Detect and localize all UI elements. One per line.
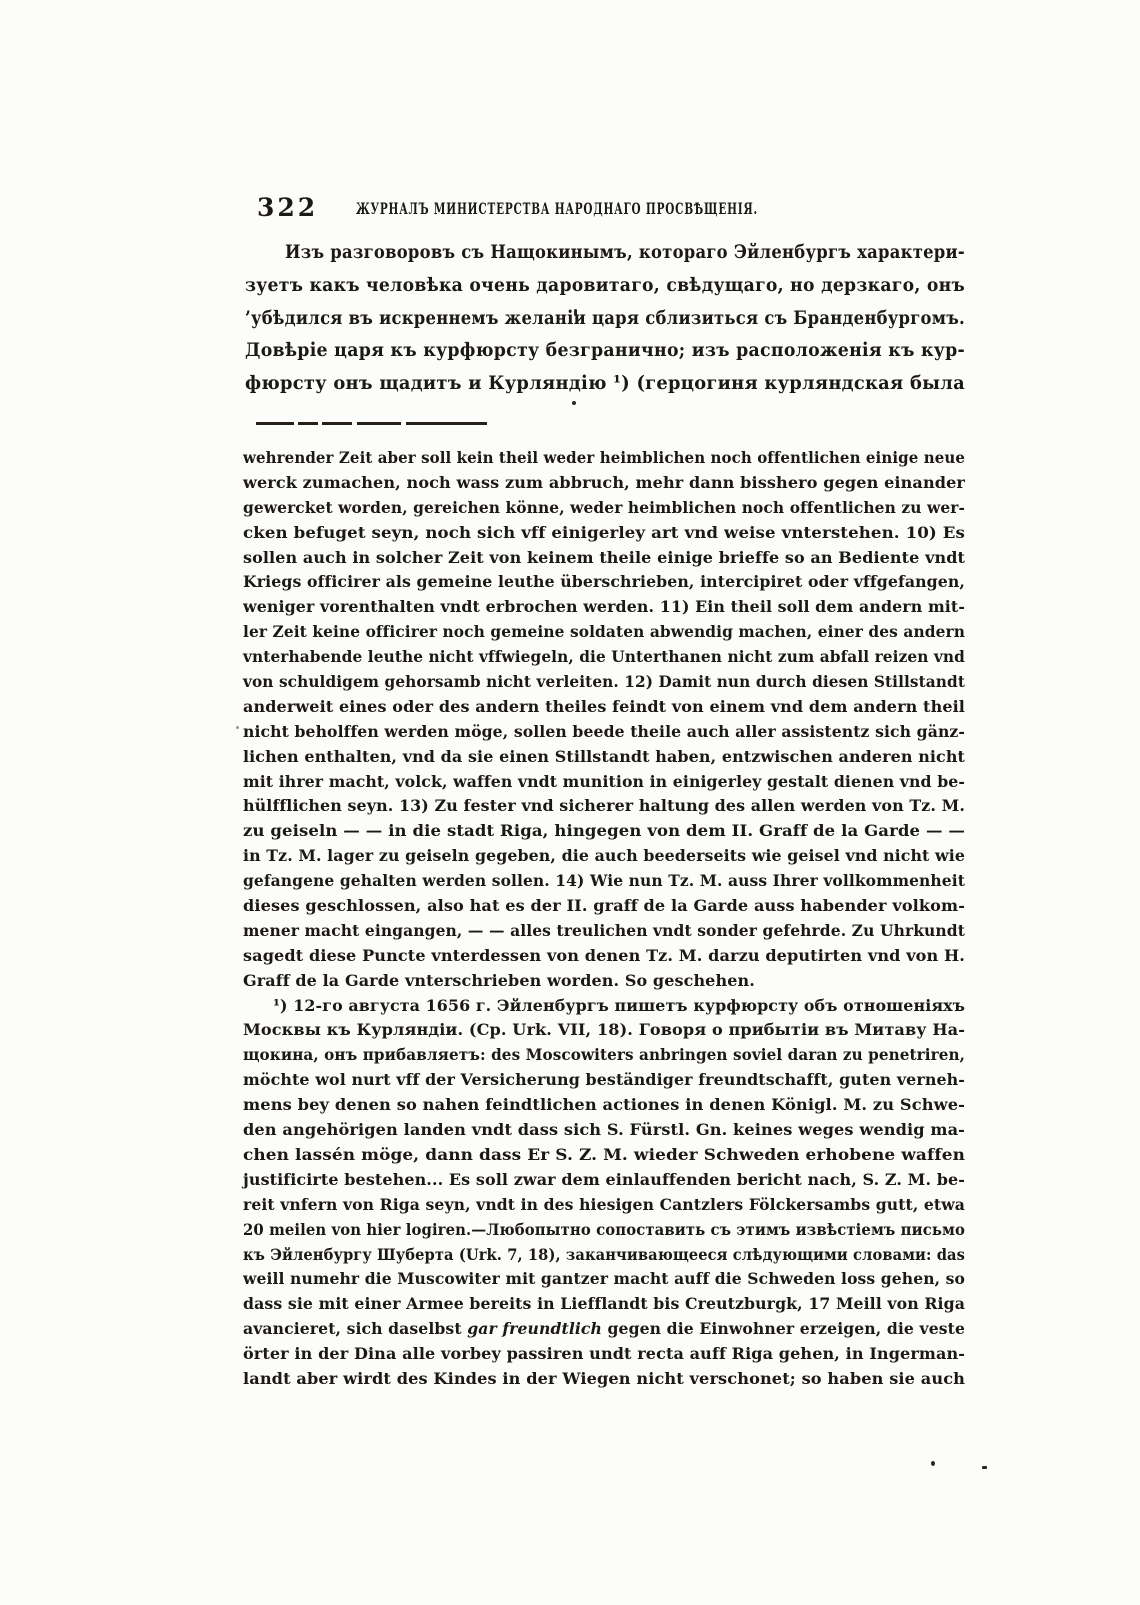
footnote-line-content: hülfflichen seyn. 13) Zu fester vnd sich… (243, 794, 965, 819)
footnote-line-content: cken befuget seyn, noch sich vff einiger… (243, 521, 965, 546)
main-text-line: Изъ разговоровъ съ Нащокинымъ, котораго … (245, 236, 965, 269)
footnote-line-content: dieses geschlossen, also hat es der II. … (243, 894, 965, 919)
footnote-line: hülfflichen seyn. 13) Zu fester vnd sich… (243, 794, 965, 819)
footnote-line-content: щокина, онъ прибавляетъ: des Moscowiters… (243, 1043, 965, 1068)
footnote-line-content: Kriegs officirer als gemeine leuthe über… (243, 570, 965, 595)
main-text-line-content: ’убѣдился въ искреннемъ желаніи царя сбл… (245, 302, 965, 335)
footnote-line-content: Graff de la Garde vnterschrieben worden.… (243, 969, 755, 994)
footnote-line: nicht beholffen werden möge, sollen beed… (243, 720, 965, 745)
footnote-line: lichen enthalten, vnd da sie einen Still… (243, 745, 965, 770)
footnote-separator (256, 422, 487, 425)
footnote-line: mens bey denen so nahen feindtlichen act… (243, 1093, 965, 1118)
footnote-line-content: gefangene gehalten werden sollen. 14) Wi… (243, 869, 965, 894)
footnote-line-content: dass sie mit einer Armee bereits in Lief… (243, 1292, 965, 1317)
main-text-line-content: Изъ разговоровъ съ Нащокинымъ, котораго … (285, 236, 965, 269)
footnote-line-content: anderweit eines oder des andern theiles … (243, 695, 965, 720)
scan-speck (574, 309, 577, 316)
footnote-line-content: weniger vorenthalten vndt erbrochen werd… (243, 595, 965, 620)
main-text-line-content: фюрсту онъ щадитъ и Курляндію ¹) (герцог… (245, 367, 965, 400)
running-title-text: ЖУРНАЛЪ МИНИСТЕРСТВА НАРОДНАГО ПРОСВѢЩЕН… (356, 199, 758, 218)
footnote-line-content: lichen enthalten, vnd da sie einen Still… (243, 745, 965, 770)
footnote-line-content: ¹) 12-го августа 1656 г. Эйленбургъ пише… (273, 994, 965, 1019)
page-number: 322 (257, 193, 318, 222)
main-text-line-content: зуетъ какъ человѣка очень даровитаго, св… (245, 269, 965, 302)
footnote-line-content: sagedt diese Puncte vnterdessen von dene… (243, 944, 965, 969)
footnote-line: gewercket worden, gereichen könne, weder… (243, 496, 965, 521)
main-text-line: фюрсту онъ щадитъ и Курляндію ¹) (герцог… (245, 367, 965, 400)
footnote-line: weniger vorenthalten vndt erbrochen werd… (243, 595, 965, 620)
footnote-line-content: werck zumachen, noch wass zum abbruch, m… (243, 471, 965, 496)
footnote-line-content: mit ihrer macht, volck, waffen vndt muni… (243, 770, 965, 795)
footnote-line: vnterhabende leuthe nicht vffwiegeln, di… (243, 645, 965, 670)
footnote-line-content: къ Эйленбургу Шуберта (Urk. 7, 18), зака… (243, 1243, 965, 1268)
footnote-line: justificirte bestehen... Es soll zwar de… (243, 1168, 965, 1193)
footnote-line: Москвы къ Курляндіи. (Ср. Urk. VII, 18).… (243, 1018, 965, 1043)
footnote-line-content: örter in der Dina alle vorbey passiren u… (243, 1342, 965, 1367)
footnote-line: möchte wol nurt vff der Versicherung bes… (243, 1068, 965, 1093)
footnote-line: in Tz. M. lager zu geiseln gegeben, die … (243, 844, 965, 869)
footnote-line: von schuldigem gehorsamb nicht verleiten… (243, 670, 965, 695)
footnote-line: zu geiseln — — in die stadt Riga, hingeg… (243, 819, 965, 844)
footnote-line-content: avancieret, sich daselbst gar freundtlic… (243, 1317, 965, 1342)
footnote-line: cken befuget seyn, noch sich vff einiger… (243, 521, 965, 546)
footnote-line: Graff de la Garde vnterschrieben worden.… (243, 969, 965, 994)
footnote-line: gefangene gehalten werden sollen. 14) Wi… (243, 869, 965, 894)
footnote-line-content: landt aber wirdt des Kindes in der Wiege… (243, 1367, 965, 1392)
footnote-line: ler Zeit keine officirer noch gemeine so… (243, 620, 965, 645)
footnote-line-content: gewercket worden, gereichen könne, weder… (243, 496, 965, 521)
main-text: Изъ разговоровъ съ Нащокинымъ, котораго … (245, 236, 965, 400)
footnote-line: 20 meilen von hier logiren.—Любопытно со… (243, 1218, 965, 1243)
footnote-line-content: möchte wol nurt vff der Versicherung bes… (243, 1068, 965, 1093)
main-text-line: ’убѣдился въ искреннемъ желаніи царя сбл… (245, 302, 965, 335)
footnote-line: anderweit eines oder des andern theiles … (243, 695, 965, 720)
footnote-line-content: justificirte bestehen... Es soll zwar de… (243, 1168, 965, 1193)
main-text-line: зуетъ какъ человѣка очень даровитаго, св… (245, 269, 965, 302)
footnote-line-content: in Tz. M. lager zu geiseln gegeben, die … (243, 844, 965, 869)
footnote-line: щокина, онъ прибавляетъ: des Moscowiters… (243, 1043, 965, 1068)
footnote-line-content: mener macht eingangen, — — alles treulic… (243, 919, 965, 944)
footnote-line: ¹) 12-го августа 1656 г. Эйленбургъ пише… (243, 994, 965, 1019)
footnote-line-content: chen lassén möge, dann dass Er S. Z. M. … (243, 1143, 965, 1168)
footnote-line-content: weill numehr die Muscowiter mit gantzer … (243, 1267, 965, 1292)
footnote-line: mener macht eingangen, — — alles treulic… (243, 919, 965, 944)
footnote-line-content: von schuldigem gehorsamb nicht verleiten… (243, 670, 965, 695)
footnote-line: chen lassén möge, dann dass Er S. Z. M. … (243, 1143, 965, 1168)
footnote-line: werck zumachen, noch wass zum abbruch, m… (243, 471, 965, 496)
running-title: ЖУРНАЛЪ МИНИСТЕРСТВА НАРОДНАГО ПРОСВѢЩЕН… (356, 199, 758, 219)
scan-speck (982, 1466, 987, 1469)
footnote-line-content: nicht beholffen werden möge, sollen beed… (243, 720, 965, 745)
main-text-line-content: Довѣріе царя къ курфюрсту безгранично; и… (245, 334, 965, 367)
footnote-line-content: reit vnfern von Riga seyn, vndt in des h… (243, 1193, 965, 1218)
footnote-line: sollen auch in solcher Zeit von keinem t… (243, 546, 965, 571)
footnote-line: reit vnfern von Riga seyn, vndt in des h… (243, 1193, 965, 1218)
footnote-line: sagedt diese Puncte vnterdessen von dene… (243, 944, 965, 969)
footnote-line: landt aber wirdt des Kindes in der Wiege… (243, 1367, 965, 1392)
footnote-line-content: ler Zeit keine officirer noch gemeine so… (243, 620, 965, 645)
main-text-line: Довѣріе царя къ курфюрсту безгранично; и… (245, 334, 965, 367)
footnote-line-content: den angehörigen landen vndt dass sich S.… (243, 1118, 965, 1143)
footnote-line-content: 20 meilen von hier logiren.—Любопытно со… (243, 1218, 965, 1243)
scan-speck (572, 401, 576, 405)
footnote-line: weill numehr die Muscowiter mit gantzer … (243, 1267, 965, 1292)
footnote-line: mit ihrer macht, volck, waffen vndt muni… (243, 770, 965, 795)
footnote-line: къ Эйленбургу Шуберта (Urk. 7, 18), зака… (243, 1243, 965, 1268)
scan-speck (931, 1461, 935, 1466)
footnote-line-content: vnterhabende leuthe nicht vffwiegeln, di… (243, 645, 965, 670)
footnote-line-content: wehrender Zeit aber soll kein theil wede… (243, 446, 965, 471)
footnote-line: dass sie mit einer Armee bereits in Lief… (243, 1292, 965, 1317)
footnote-line: Kriegs officirer als gemeine leuthe über… (243, 570, 965, 595)
footnote-line: avancieret, sich daselbst gar freundtlic… (243, 1317, 965, 1342)
footnote-line: wehrender Zeit aber soll kein theil wede… (243, 446, 965, 471)
footnote-line: den angehörigen landen vndt dass sich S.… (243, 1118, 965, 1143)
footnote-line: örter in der Dina alle vorbey passiren u… (243, 1342, 965, 1367)
footnote-line-content: mens bey denen so nahen feindtlichen act… (243, 1093, 965, 1118)
footnote: wehrender Zeit aber soll kein theil wede… (243, 446, 965, 1392)
footnote-line-content: zu geiseln — — in die stadt Riga, hingeg… (243, 819, 965, 844)
scan-speck (236, 726, 239, 729)
footnote-line: dieses geschlossen, also hat es der II. … (243, 894, 965, 919)
footnote-line-content: Москвы къ Курляндіи. (Ср. Urk. VII, 18).… (243, 1018, 965, 1043)
footnote-line-content: sollen auch in solcher Zeit von keinem t… (243, 546, 965, 571)
